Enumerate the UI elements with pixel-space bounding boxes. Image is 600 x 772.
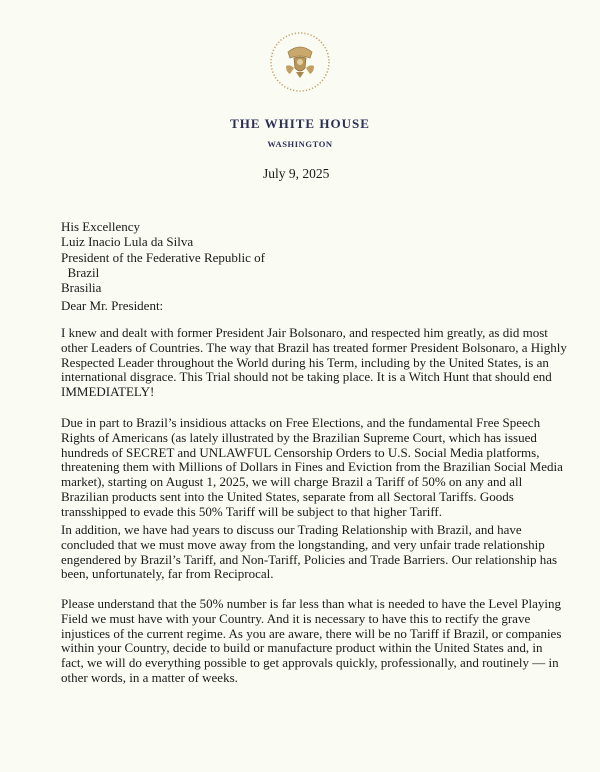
paragraph-level-playing-field: Please understand that the 50% number is… <box>61 597 539 686</box>
paragraph-line: threatening them with Millions of Dollar… <box>61 460 539 475</box>
paragraph-line: Please understand that the 50% number is… <box>61 597 539 612</box>
paragraph-line: fact, we will do everything possible to … <box>61 656 539 671</box>
letterhead-title: THE WHITE HOUSE <box>0 116 600 132</box>
letterhead: THE WHITE HOUSE WASHINGTON <box>0 30 600 149</box>
paragraph-bolsonaro: I knew and dealt with former President J… <box>61 326 539 400</box>
recipient-line: His Excellency <box>61 219 265 234</box>
paragraph-line: international disgrace. This Trial shoul… <box>61 370 539 385</box>
paragraph-line: Rights of Americans (as lately illustrat… <box>61 431 539 446</box>
presidential-seal-icon <box>268 30 332 94</box>
paragraph-line: engendered by Brazil’s Tariff, and Non-T… <box>61 553 539 568</box>
paragraph-tariff: Due in part to Brazil’s insidious attack… <box>61 416 539 520</box>
paragraph-line: concluded that we must move away from th… <box>61 538 539 553</box>
recipient-line: Brazil <box>61 265 265 280</box>
paragraph-line: Brazilian products sent into the United … <box>61 490 539 505</box>
paragraph-line: been, unfortunately, far from Reciprocal… <box>61 567 539 582</box>
recipient-line: President of the Federative Republic of <box>61 250 265 265</box>
letterhead-subtitle: WASHINGTON <box>0 139 600 149</box>
recipient-address: His Excellency Luiz Inacio Lula da Silva… <box>61 219 265 295</box>
paragraph-line: Due in part to Brazil’s insidious attack… <box>61 416 539 431</box>
paragraph-line: hundreds of SECRET and UNLAWFUL Censorsh… <box>61 446 539 461</box>
recipient-line: Luiz Inacio Lula da Silva <box>61 234 265 249</box>
paragraph-line: other Leaders of Countries. The way that… <box>61 341 539 356</box>
paragraph-line: In addition, we have had years to discus… <box>61 523 539 538</box>
paragraph-trade-relationship: In addition, we have had years to discus… <box>61 523 539 582</box>
letter-date: July 9, 2025 <box>263 166 329 182</box>
paragraph-line: Field we must have with your Country. An… <box>61 612 539 627</box>
paragraph-line: market), starting on August 1, 2025, we … <box>61 475 539 490</box>
paragraph-line: Respected Leader throughout the World du… <box>61 356 539 371</box>
paragraph-line: injustices of the current regime. As you… <box>61 627 539 642</box>
recipient-line: Brasilia <box>61 280 265 295</box>
paragraph-line: transshipped to evade this 50% Tariff wi… <box>61 505 539 520</box>
paragraph-line: I knew and dealt with former President J… <box>61 326 539 341</box>
paragraph-line: other words, in a matter of weeks. <box>61 671 539 686</box>
salutation: Dear Mr. President: <box>61 298 163 314</box>
paragraph-line: within your Country, decide to build or … <box>61 641 539 656</box>
paragraph-line: IMMEDIATELY! <box>61 385 539 400</box>
